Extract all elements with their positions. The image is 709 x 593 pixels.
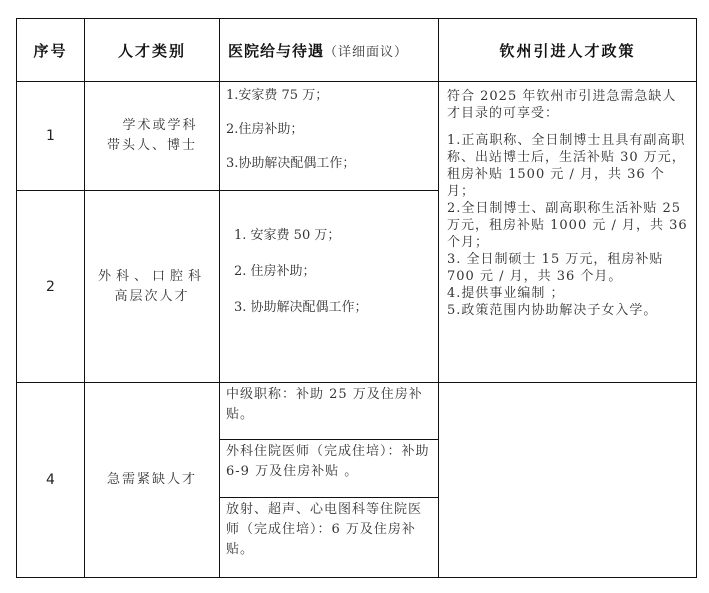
- header-hospital-benefits-note: （详细面议）: [324, 45, 408, 60]
- row-1-benefit-1: 1.安家费 75 万；: [226, 86, 438, 106]
- row-1-category: 学术或学科 带头人、博士: [85, 82, 220, 191]
- row-1-benefit-2: 2.住房补助；: [226, 120, 438, 140]
- header-hospital-benefits-label: 医院给与待遇: [228, 42, 324, 60]
- policy-item-4: 4.提供事业编制 ；: [447, 285, 688, 302]
- row-2-benefit-1: 1. 安家费 50 万；: [234, 226, 438, 246]
- row-1-benefits: 1.安家费 75 万； 2.住房补助； 3.协助解决配偶工作；: [220, 82, 439, 191]
- row-1-benefit-3: 3.协助解决配偶工作；: [226, 154, 438, 174]
- row-2-category: 外科、口腔科 高层次人才: [85, 191, 220, 383]
- header-category: 人才类别: [85, 19, 220, 82]
- row-2-seq: 2: [17, 191, 85, 383]
- row-2-category-line2: 高层次人才: [85, 287, 219, 307]
- qinzhou-policy-cell: 符合 2025 年钦州市引进急需急缺人才目录的可享受： 1.正高职称、全日制博士…: [439, 82, 697, 383]
- row-1-category-line1: 学术或学科: [85, 116, 219, 136]
- row-4-policy-empty: [439, 383, 697, 578]
- header-hospital-benefits: 医院给与待遇（详细面议）: [220, 19, 439, 82]
- policy-item-2: 2.全日制博士、副高职称生活补贴 25 万元，租房补贴 1000 元 / 月，共…: [447, 200, 688, 251]
- row-4-seq: 4: [17, 383, 85, 578]
- row-4-category: 急需紧缺人才: [85, 383, 220, 578]
- talent-policy-table: 序号 人才类别 医院给与待遇（详细面议） 钦州引进人才政策 1 学术或学科 带头…: [16, 18, 697, 578]
- table-row-4: 4 急需紧缺人才 中级职称：补助 25 万及住房补贴。: [17, 383, 697, 440]
- row-4-benefit-1: 中级职称：补助 25 万及住房补贴。: [220, 383, 439, 440]
- row-1-seq: 1: [17, 82, 85, 191]
- policy-item-5: 5.政策范围内协助解决子女入学。: [447, 302, 688, 319]
- table-row-1: 1 学术或学科 带头人、博士 1.安家费 75 万； 2.住房补助； 3.协助解…: [17, 82, 697, 191]
- row-2-benefit-3: 3. 协助解决配偶工作；: [234, 298, 438, 318]
- row-4-benefit-2: 外科住院医师（完成住培）：补助 6-9 万及住房补贴 。: [220, 440, 439, 498]
- header-qinzhou-policy: 钦州引进人才政策: [439, 19, 697, 82]
- row-4-benefit-3: 放射、超声、心电图科等住院医师（完成住培）：6 万及住房补贴。: [220, 498, 439, 578]
- policy-item-3: 3. 全日制硕士 15 万元，租房补贴 700 元 / 月，共 36 个月。: [447, 251, 688, 285]
- header-seq: 序号: [17, 19, 85, 82]
- row-1-category-line2: 带头人、博士: [85, 136, 219, 156]
- row-2-category-line1: 外科、口腔科: [85, 267, 219, 287]
- policy-item-1: 1.正高职称、全日制博士且具有副高职称、出站博士后，生活补贴 30 万元，租房补…: [447, 132, 688, 200]
- policy-intro: 符合 2025 年钦州市引进急需急缺人才目录的可享受：: [447, 88, 688, 122]
- header-row: 序号 人才类别 医院给与待遇（详细面议） 钦州引进人才政策: [17, 19, 697, 82]
- row-2-benefit-2: 2. 住房补助；: [234, 262, 438, 282]
- row-2-benefits: 1. 安家费 50 万； 2. 住房补助； 3. 协助解决配偶工作；: [220, 191, 439, 383]
